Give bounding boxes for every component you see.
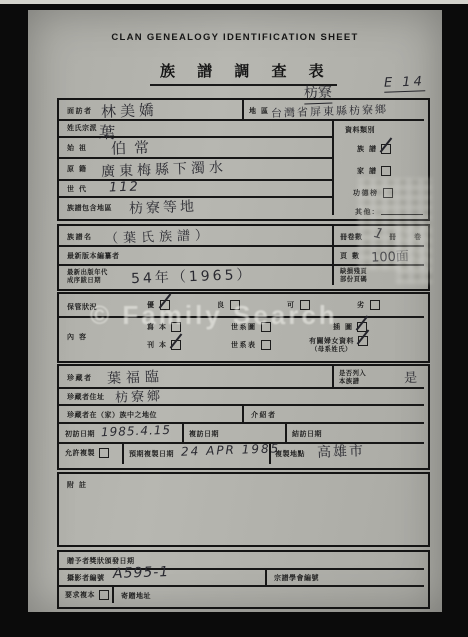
- award-date-label: 贈予者獎狀頒發日期: [67, 556, 135, 566]
- mail-address-label: 寄贈地址: [121, 591, 151, 601]
- clan-label: 姓氏宗派: [67, 123, 97, 133]
- content-item-label: 有關婦女資料: [309, 336, 354, 346]
- content-printed: 刊 本: [147, 340, 181, 350]
- scanned-document-photo: CLAN GENEALOGY IDENTIFICATION SHEET 族 譜 …: [0, 0, 468, 637]
- checkbox-printed: [171, 340, 181, 350]
- checkbox-lineage-table: [261, 340, 271, 350]
- content-item-label: 刊 本: [147, 340, 167, 350]
- section-admin: 贈予者獎狀頒發日期 攝影者編號 A595-1 宗譜學會編號 要求複本 寄贈地址: [57, 550, 430, 609]
- region-label: 地 區: [249, 106, 269, 116]
- category-item-family-record: 家 譜: [357, 166, 391, 176]
- copy-permission-label: 允許複製: [65, 448, 95, 458]
- coverage-value: 枋寮等地: [129, 196, 198, 218]
- missing-label-line2: 部份頁碼: [340, 276, 367, 283]
- origin-value: 廣東梅縣下濁水: [101, 157, 228, 181]
- content-item-label: 世系表: [231, 340, 257, 350]
- copy-request-label: 要求複本: [65, 590, 95, 600]
- listed-label-line2: 本族譜: [339, 378, 359, 385]
- genealogy-name-label: 族譜名: [67, 232, 93, 242]
- familysearch-watermark: © Family Search: [90, 300, 440, 331]
- generations-label: 世 代: [67, 184, 87, 194]
- checkbox-copy-request: [99, 590, 109, 600]
- film-place-value: 高雄市: [317, 440, 366, 462]
- category-item-label: 家 譜: [357, 166, 377, 176]
- holder-address-value: 枋寮鄉: [115, 385, 164, 406]
- divider: [332, 119, 334, 215]
- content-label: 內 容: [67, 332, 87, 342]
- generations-value: 112: [109, 179, 140, 195]
- published-label: 最新出版年代 成序跋日期: [67, 269, 108, 285]
- category-label: 資料類別: [345, 125, 375, 135]
- film-edge: [0, 0, 468, 4]
- checkbox-genealogy: [381, 144, 391, 154]
- checkbox-copy-permission: [99, 448, 109, 458]
- divider: [59, 179, 332, 181]
- divider: [182, 422, 184, 442]
- notes-label: 附 註: [67, 480, 87, 490]
- second-visit-label: 複訪日期: [189, 429, 219, 439]
- society-no-label: 宗譜學會編號: [274, 573, 319, 583]
- faint-stamp-overlay: [396, 224, 432, 284]
- photographer-no-value: A595-1: [113, 564, 170, 582]
- english-title: CLAN GENEALOGY IDENTIFICATION SHEET: [28, 32, 442, 43]
- published-label-line1: 最新出版年代: [67, 269, 108, 276]
- section-notes: 附 註: [57, 472, 430, 547]
- divider: [242, 404, 244, 422]
- listed-value: 是: [404, 367, 418, 386]
- first-visit-label: 初訪日期: [65, 429, 95, 439]
- first-visit-value: 1985.4.15: [101, 423, 172, 439]
- holder-label: 珍藏者: [67, 373, 93, 383]
- divider: [332, 366, 334, 387]
- category-item-label: 族 譜: [357, 144, 377, 154]
- category-item-genealogy: 族 譜: [357, 144, 391, 154]
- missing-pages-label: 缺損殘頁 部份頁碼: [340, 268, 367, 284]
- divider: [112, 585, 114, 603]
- divider: [59, 585, 424, 587]
- divider: [242, 100, 244, 119]
- genealogy-name-value: （葉氏族譜）: [105, 224, 214, 247]
- copy-request-item: 要求複本: [65, 590, 109, 600]
- listed-label: 是否列入 本族譜: [339, 370, 366, 386]
- section-holder-visits: 珍藏者 葉福臨 是否列入 本族譜 是 珍藏者住址 枋寮鄉 珍藏者在（家）族中之地…: [57, 364, 430, 470]
- published-value: 54年（1965）: [131, 264, 254, 288]
- divider: [332, 226, 334, 285]
- interviewer-label: 面訪者: [67, 106, 93, 116]
- published-label-line2: 成序跋日期: [67, 277, 101, 284]
- first-ancestor-value: 伯常: [111, 136, 158, 159]
- compiler-label: 最新版本編纂者: [67, 251, 120, 261]
- checkbox-women-data: [358, 336, 368, 346]
- handwritten-code-note: E 14: [384, 74, 425, 92]
- final-visit-label: 結訪日期: [292, 429, 322, 439]
- genealogy-sheet-page: CLAN GENEALOGY IDENTIFICATION SHEET 族 譜 …: [28, 10, 442, 612]
- film-place-label: 複製地點: [275, 449, 305, 459]
- origin-label: 原 籍: [67, 164, 87, 174]
- interviewer-value: 林美嬌: [101, 99, 159, 122]
- photographer-no-label: 攝影者編號: [67, 573, 105, 583]
- first-ancestor-label: 始 祖: [67, 143, 87, 153]
- women-data-sub-label: （母系姓氏）: [311, 346, 352, 354]
- divider: [265, 568, 267, 585]
- coverage-label: 族譜包含地區: [67, 203, 112, 213]
- content-women-data: 有關婦女資料: [309, 336, 368, 346]
- film-date-value: 24 APR 1985: [181, 441, 281, 458]
- film-date-label: 預期複製日期: [129, 449, 174, 459]
- introducer-label: 介紹者: [251, 410, 277, 420]
- checkbox-family-record: [381, 166, 391, 176]
- divider: [285, 422, 287, 442]
- listed-label-line1: 是否列入: [339, 370, 366, 377]
- content-lineage-table: 世系表: [231, 340, 271, 350]
- copy-permission-item: 允許複製: [65, 448, 109, 458]
- divider: [59, 422, 424, 424]
- holder-position-label: 珍藏者在（家）族中之地位: [67, 410, 157, 420]
- holder-address-label: 珍藏者住址: [67, 392, 105, 402]
- divider: [122, 442, 124, 464]
